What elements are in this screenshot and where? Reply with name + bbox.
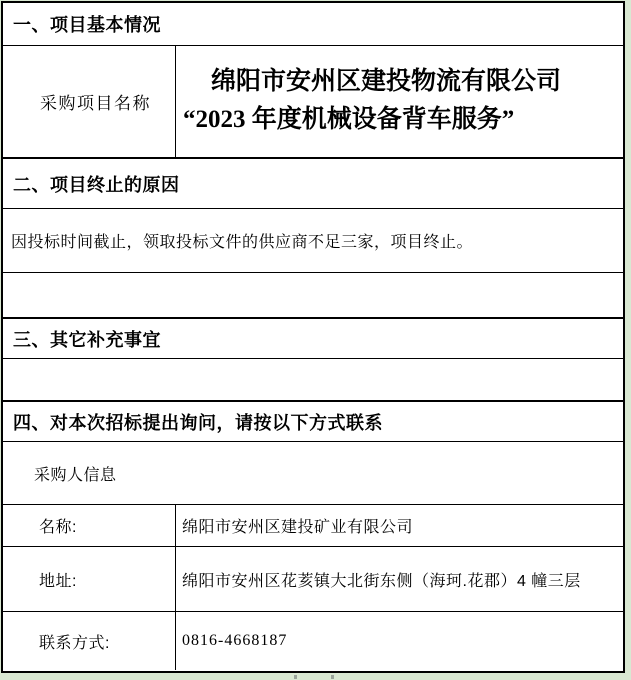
project-name-line-1: 绵阳市安州区建投物流有限公司 [183,63,617,101]
contact-name-value-text: 绵阳市安州区建投矿业有限公司 [182,514,413,537]
contact-name-row: 名称: 绵阳市安州区建投矿业有限公司 [3,504,623,546]
contact-address-value: 绵阳市安州区花荄镇大北街东侧（海珂.花郡）4 幢三层 [176,547,623,611]
section-1-title: 一、项目基本情况 [13,11,161,37]
purchaser-info-row: 采购人信息 [3,441,623,504]
project-name-line-2: “2023 年度机械设备背车服务” [183,101,617,139]
section-3-header: 三、其它补充事宜 [3,317,623,358]
project-name-value: 绵阳市安州区建投物流有限公司 “2023 年度机械设备背车服务” [176,46,623,157]
contact-address-row: 地址: 绵阳市安州区花荄镇大北街东侧（海珂.花郡）4 幢三层 [3,546,623,611]
section-4-title: 四、对本次招标提出询问，请按以下方式联系 [13,409,383,435]
section-2-empty-row [3,272,623,317]
termination-reason-row: 因投标时间截止，领取投标文件的供应商不足三家，项目终止。 [3,208,623,272]
section-2-title: 二、项目终止的原因 [13,171,180,197]
section-4-header: 四、对本次招标提出询问，请按以下方式联系 [3,400,623,441]
contact-name-value: 绵阳市安州区建投矿业有限公司 [176,505,623,546]
contact-address-value-text: 绵阳市安州区花荄镇大北街东侧（海珂.花郡）4 幢三层 [182,568,581,591]
section-3-empty-row [3,358,623,400]
announcement-table: 一、项目基本情况 采购项目名称 绵阳市安州区建投物流有限公司 “2023 年度机… [1,1,625,673]
contact-name-label: 名称: [3,505,176,546]
project-name-row: 采购项目名称 绵阳市安州区建投物流有限公司 “2023 年度机械设备背车服务” [3,45,623,157]
contact-phone-value-text: 0816-4668187 [182,632,287,650]
project-name-label: 采购项目名称 [3,46,176,157]
contact-name-label-text: 名称: [39,514,77,537]
contact-phone-label-text: 联系方式: [39,630,110,653]
purchaser-info-label: 采购人信息 [34,462,117,485]
contact-address-label-text: 地址: [39,568,77,591]
contact-address-label: 地址: [3,547,176,611]
section-2-header: 二、项目终止的原因 [3,157,623,208]
page-background: { "colors": { "page_background": "#d9e8d… [0,0,631,680]
section-3-title: 三、其它补充事宜 [13,326,161,352]
artifact-tick [294,675,297,679]
contact-phone-value: 0816-4668187 [176,612,623,670]
project-name-label-text: 采购项目名称 [40,89,151,114]
artifact-tick [331,675,334,679]
section-1-header: 一、项目基本情况 [3,3,623,45]
contact-phone-row: 联系方式: 0816-4668187 [3,611,623,670]
contact-phone-label: 联系方式: [3,612,176,670]
termination-reason-text: 因投标时间截止，领取投标文件的供应商不足三家，项目终止。 [11,229,473,252]
